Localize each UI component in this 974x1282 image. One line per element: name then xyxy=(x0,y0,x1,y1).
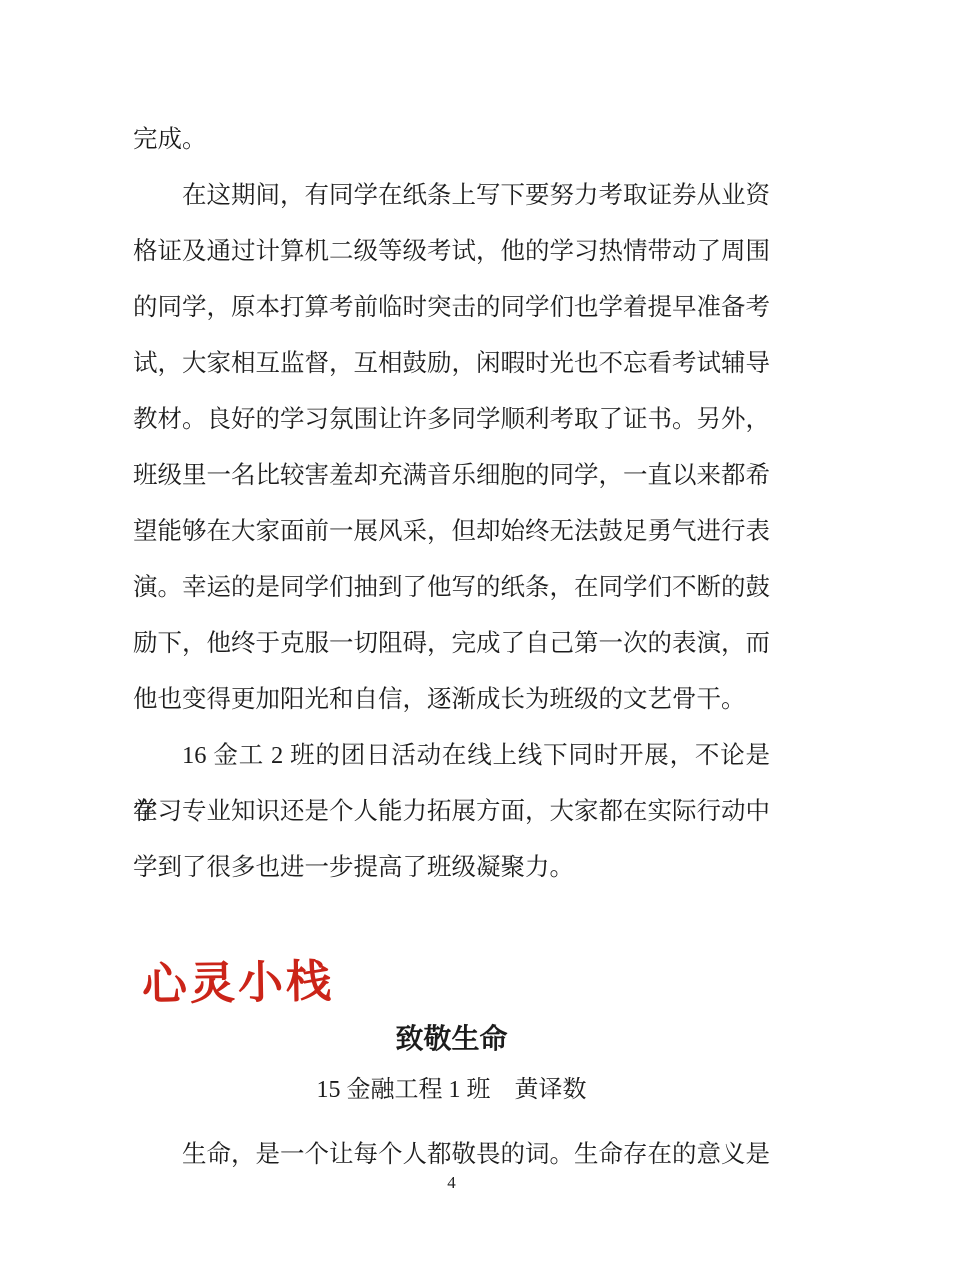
article-title: 致敬生命 xyxy=(133,1025,770,1055)
text-line: 教材。良好的学习氛围让许多同学顺利考取了证书。另外， xyxy=(133,392,770,448)
text-line: 望能够在大家面前一展风采，但却始终无法鼓足勇气进行表 xyxy=(133,504,770,560)
text-line: 学习专业知识还是个人能力拓展方面，大家都在实际行动中 xyxy=(133,784,770,840)
text-line: 他也变得更加阳光和自信，逐渐成长为班级的文艺骨干。 xyxy=(133,672,770,728)
text-line: 格证及通过计算机二级等级考试，他的学习热情带动了周围 xyxy=(133,224,770,280)
document-page: 完成。在这期间，有同学在纸条上写下要努力考取证券从业资格证及通过计算机二级等级考… xyxy=(0,0,974,1282)
paragraph: 16 金工 2 班的团日活动在线上线下同时开展，不论是在学习专业知识还是个人能力… xyxy=(133,728,770,896)
text-line: 试，大家相互监督，互相鼓励，闲暇时光也不忘看考试辅导 xyxy=(133,336,770,392)
page-number: 4 xyxy=(133,1172,770,1194)
text-line: 完成。 xyxy=(133,112,770,168)
text-line: 在这期间，有同学在纸条上写下要努力考取证券从业资 xyxy=(133,168,770,224)
text-line: 班级里一名比较害羞却充满音乐细胞的同学，一直以来都希 xyxy=(133,448,770,504)
text-line: 演。幸运的是同学们抽到了他写的纸条，在同学们不断的鼓 xyxy=(133,560,770,616)
text-line: 励下，他终于克服一切阻碍，完成了自己第一次的表演，而 xyxy=(133,616,770,672)
previous-article-body: 完成。在这期间，有同学在纸条上写下要努力考取证券从业资格证及通过计算机二级等级考… xyxy=(133,112,770,896)
text-line: 的同学，原本打算考前临时突击的同学们也学着提早准备考 xyxy=(133,280,770,336)
text-line: 学到了很多也进一步提高了班级凝聚力。 xyxy=(133,840,770,896)
mind-inn-section-logo: 心灵小栈 xyxy=(133,949,771,1010)
text-line: 16 金工 2 班的团日活动在线上线下同时开展，不论是在 xyxy=(133,728,770,784)
page-content: 完成。在这期间，有同学在纸条上写下要努力考取证券从业资格证及通过计算机二级等级考… xyxy=(133,112,770,1183)
paragraph: 完成。 xyxy=(133,112,770,168)
paragraph: 在这期间，有同学在纸条上写下要努力考取证券从业资格证及通过计算机二级等级考试，他… xyxy=(133,168,770,728)
article-byline: 15 金融工程 1 班 黄译数 xyxy=(133,1077,770,1103)
